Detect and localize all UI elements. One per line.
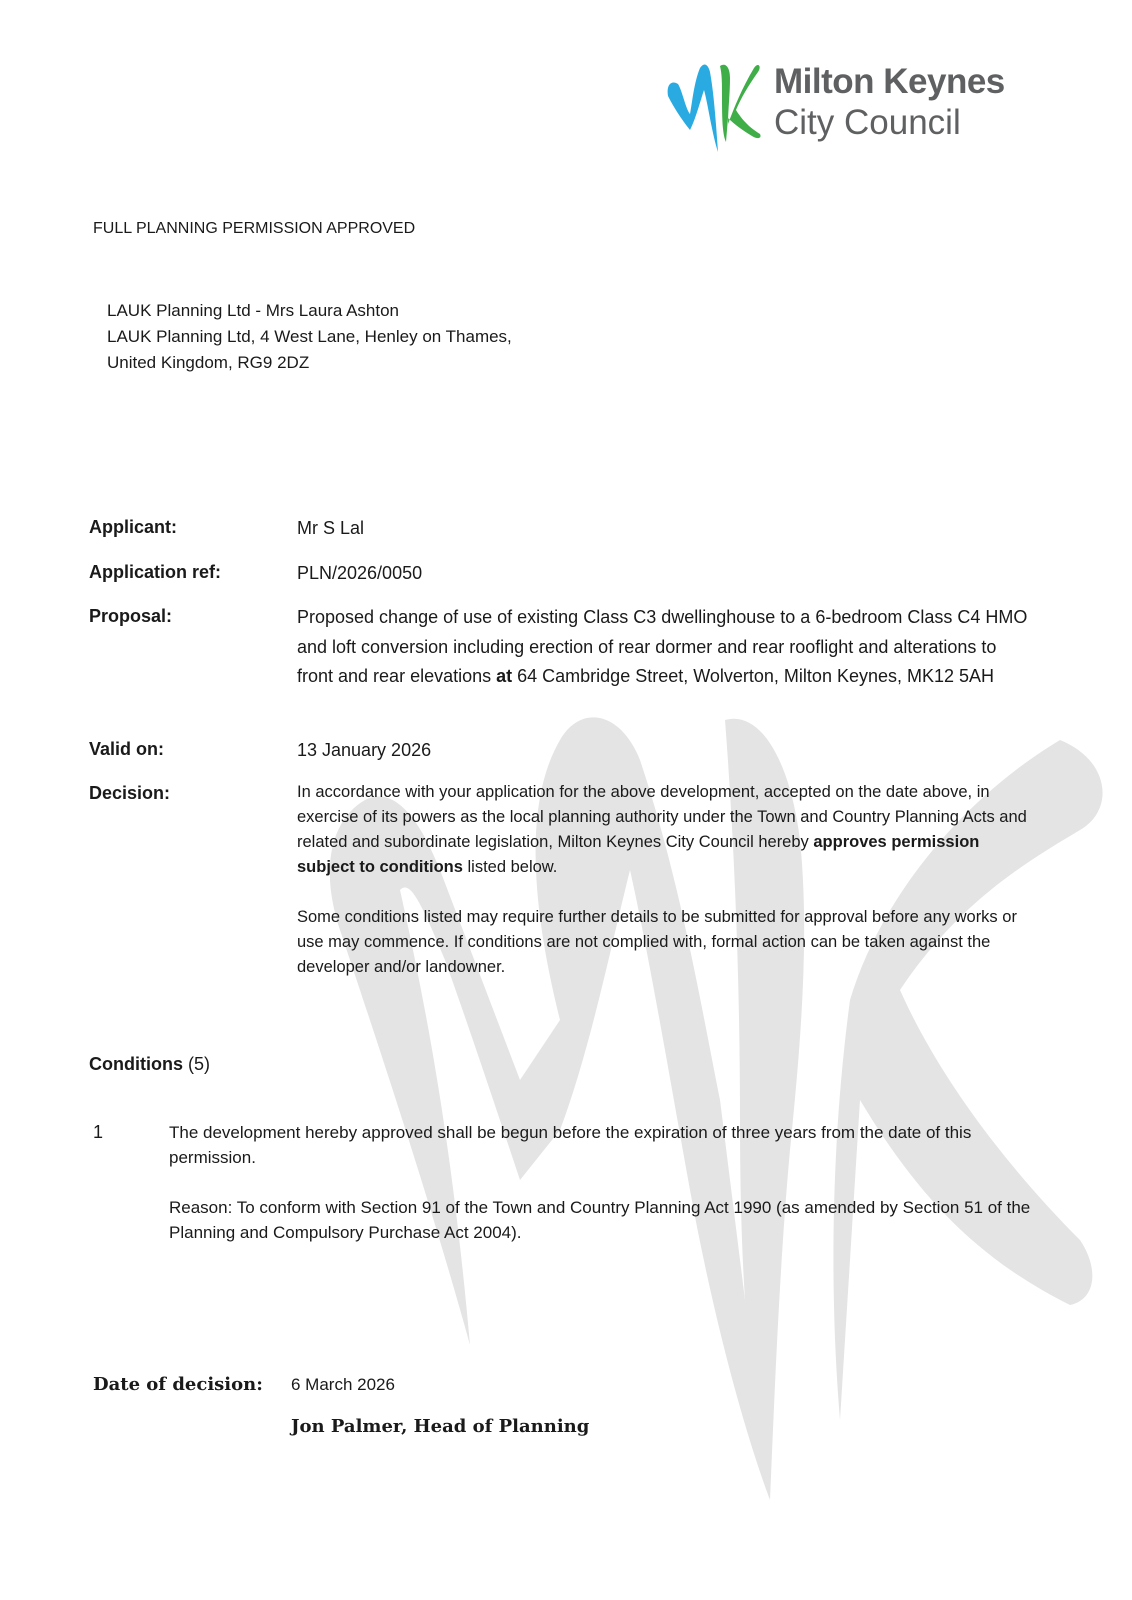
condition-body: The development hereby approved shall be… [169, 1120, 1039, 1245]
mk-logo-icon [664, 54, 764, 154]
conditions-heading: Conditions (5) [89, 1054, 210, 1075]
applicant-value: Mr S Lal [297, 514, 1037, 544]
decision-paragraph-2: Some conditions listed may require furth… [297, 905, 1037, 980]
document-title: FULL PLANNING PERMISSION APPROVED [93, 220, 415, 238]
signatory: Jon Palmer, Head of Planning [291, 1416, 589, 1437]
application-ref-label: Application ref: [89, 558, 289, 588]
decision-date-value: 6 March 2026 [291, 1375, 395, 1395]
address-line-3: United Kingdom, RG9 2DZ [107, 350, 512, 376]
proposal-value: Proposed change of use of existing Class… [297, 603, 1037, 692]
recipient-address: LAUK Planning Ltd - Mrs Laura Ashton LAU… [107, 298, 512, 376]
proposal-label: Proposal: [89, 602, 289, 632]
decision-value: In accordance with your application for … [297, 780, 1037, 980]
applicant-label: Applicant: [89, 513, 289, 543]
application-ref-value: PLN/2026/0050 [297, 559, 1037, 589]
logo-line1: Milton Keynes [774, 64, 1005, 99]
logo-text: Milton Keynes City Council [774, 64, 1005, 140]
condition-reason: Reason: To conform with Section 91 of th… [169, 1195, 1039, 1245]
valid-on-value: 13 January 2026 [297, 736, 1037, 766]
valid-on-label: Valid on: [89, 735, 289, 765]
condition-number: 1 [93, 1122, 103, 1143]
conditions-count: (5) [188, 1054, 210, 1074]
address-line-2: LAUK Planning Ltd, 4 West Lane, Henley o… [107, 324, 512, 350]
decision-label: Decision: [89, 779, 289, 809]
logo-line2: City Council [774, 105, 1005, 140]
decision-date-label: Date of decision: [93, 1374, 263, 1395]
council-logo: Milton Keynes City Council [664, 54, 1054, 154]
decision-paragraph-1: In accordance with your application for … [297, 780, 1037, 880]
decision-text-end: listed below. [463, 858, 557, 876]
proposal-at: at [496, 666, 512, 686]
conditions-title: Conditions [89, 1054, 183, 1074]
decision-date: Date of decision: 6 March 2026 [93, 1374, 263, 1395]
proposal-address: 64 Cambridge Street, Wolverton, Milton K… [512, 666, 994, 686]
address-line-1: LAUK Planning Ltd - Mrs Laura Ashton [107, 298, 512, 324]
condition-text: The development hereby approved shall be… [169, 1120, 1039, 1170]
